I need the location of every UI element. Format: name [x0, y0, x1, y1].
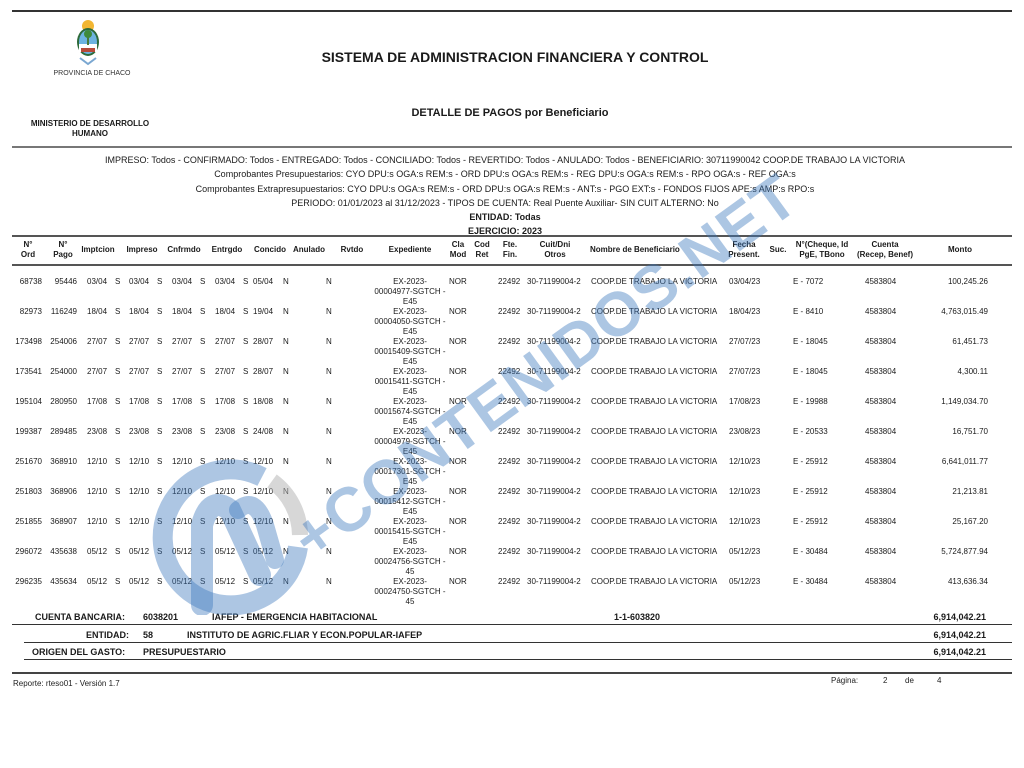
cuenta-bancaria-description: IAFEP - EMERGENCIA HABITACIONAL: [212, 612, 377, 622]
cell-monto: 21,213.81: [920, 487, 988, 497]
cell-cnfrmdo: 12/10: [172, 457, 196, 467]
cell-expediente: EX-2023-00017301-SGTCH -E45: [365, 457, 455, 487]
cell-impreso: 12/10: [129, 487, 153, 497]
cell-rvtdo: N: [326, 427, 334, 437]
cell-fte: 22492: [498, 337, 522, 347]
cell-imp-f: S: [115, 517, 123, 527]
cell-concido: 05/04: [253, 277, 277, 287]
cell-impreso: 27/07: [129, 367, 153, 377]
cell-imptcion: 03/04: [87, 277, 111, 287]
cell-anulado: N: [283, 427, 291, 437]
expediente-line: 45: [365, 597, 455, 607]
cell-cla: NOR: [449, 457, 471, 467]
cell-nombre: COOP.DE TRABAJO LA VICTORIA: [591, 457, 726, 467]
cell-rvtdo: N: [326, 517, 334, 527]
expediente-line: E45: [365, 537, 455, 547]
cell-con-f: S: [243, 487, 251, 497]
cell-nombre: COOP.DE TRABAJO LA VICTORIA: [591, 487, 726, 497]
header-rule: [12, 146, 1012, 148]
expediente-line: E45: [365, 477, 455, 487]
column-header-concido: Concido: [250, 245, 290, 255]
expediente-line: EX-2023-: [365, 307, 455, 317]
cell-fecha: 12/10/23: [729, 487, 765, 497]
cell-pago: 280950: [44, 397, 77, 407]
cell-cla: NOR: [449, 307, 471, 317]
cell-imptcion: 27/07: [87, 367, 111, 377]
cell-expediente: EX-2023-00015409-SGTCH -E45: [365, 337, 455, 367]
cell-ord: 173541: [12, 367, 42, 377]
origen-gasto-total: 6,914,042.21: [933, 647, 986, 657]
cell-fte: 22492: [498, 367, 522, 377]
cell-rvtdo: N: [326, 577, 334, 587]
cell-fecha: 05/12/23: [729, 577, 765, 587]
table-row: 17349825400627/07S27/07S27/07S27/07S28/0…: [0, 337, 1024, 367]
entidad-total: 6,914,042.21: [933, 630, 986, 640]
cell-cuit: 30-71199004-2: [527, 577, 587, 587]
cell-nombre: COOP.DE TRABAJO LA VICTORIA: [591, 577, 726, 587]
cell-monto: 61,451.73: [920, 337, 988, 347]
cell-rvtdo: N: [326, 337, 334, 347]
cell-ent-f: S: [200, 307, 208, 317]
expediente-line: 00015409-SGTCH -: [365, 347, 455, 357]
cell-ent-f: S: [200, 457, 208, 467]
cell-expediente: EX-2023-00004977-SGTCH -E45: [365, 277, 455, 307]
cell-cuit: 30-71199004-2: [527, 397, 587, 407]
expediente-line: EX-2023-: [365, 397, 455, 407]
cell-ent-f: S: [200, 427, 208, 437]
table-row: 687389544603/04S03/04S03/04S03/04S05/04N…: [0, 277, 1024, 307]
cell-cheque: E - 8410: [793, 307, 843, 317]
cell-imp-f: S: [115, 577, 123, 587]
cell-cnfrmdo: 05/12: [172, 547, 196, 557]
cell-entrgdo: 05/12: [215, 577, 239, 587]
cell-ent-f: S: [200, 487, 208, 497]
entidad-rule: [24, 642, 1012, 643]
cell-impreso: 18/04: [129, 307, 153, 317]
ministry-line-1: MINISTERIO DE DESARROLLO: [20, 119, 160, 129]
filter-line-extrapresupuestarios: Comprobantes Extrapresupuestarios: CYO D…: [0, 182, 1010, 196]
cell-impreso: 05/12: [129, 577, 153, 587]
cell-fecha: 27/07/23: [729, 337, 765, 347]
cell-fecha: 18/04/23: [729, 307, 765, 317]
cell-entrgdo: 05/12: [215, 547, 239, 557]
cuenta-rule: [12, 624, 1012, 625]
cell-concido: 05/12: [253, 547, 277, 557]
cell-cuenta: 4583804: [865, 367, 905, 377]
cell-fecha: 05/12/23: [729, 547, 765, 557]
table-row: 8297311624918/04S18/04S18/04S18/04S19/04…: [0, 307, 1024, 337]
cell-fte: 22492: [498, 277, 522, 287]
cell-cla: NOR: [449, 547, 471, 557]
cell-imp-f: S: [115, 397, 123, 407]
column-header-cuenta: Cuenta(Recep, Benef): [855, 240, 915, 259]
cell-cheque: E - 7072: [793, 277, 843, 287]
expediente-line: E45: [365, 357, 455, 367]
cell-cnfrmdo: 27/07: [172, 337, 196, 347]
column-header-fecha: FechaPresent.: [726, 240, 762, 259]
cell-ord: 296072: [12, 547, 42, 557]
cell-cnfrmdo: 12/10: [172, 517, 196, 527]
cell-ord: 251803: [12, 487, 42, 497]
cell-nombre: COOP.DE TRABAJO LA VICTORIA: [591, 307, 726, 317]
cell-impreso: 27/07: [129, 337, 153, 347]
cell-cnf-f: S: [157, 577, 165, 587]
cell-fecha: 23/08/23: [729, 427, 765, 437]
cell-cnfrmdo: 23/08: [172, 427, 196, 437]
column-header-nro-ord: N°Ord: [12, 240, 44, 259]
cell-fte: 22492: [498, 307, 522, 317]
cell-ent-f: S: [200, 337, 208, 347]
cell-entrgdo: 27/07: [215, 367, 239, 377]
cell-cnf-f: S: [157, 487, 165, 497]
expediente-line: 00004979-SGTCH -: [365, 437, 455, 447]
expediente-line: 00024750-SGTCH -: [365, 587, 455, 597]
cell-con-f: S: [243, 397, 251, 407]
cell-monto: 413,636.34: [920, 577, 988, 587]
cell-cuenta: 4583804: [865, 307, 905, 317]
cell-fte: 22492: [498, 487, 522, 497]
cell-ord: 68738: [12, 277, 42, 287]
cell-pago: 289485: [44, 427, 77, 437]
origen-rule: [24, 659, 1012, 660]
cell-monto: 4,300.11: [920, 367, 988, 377]
column-header-cheque: N°(Cheque, IdPgE, TBono: [791, 240, 853, 259]
cell-anulado: N: [283, 547, 291, 557]
cell-pago: 116249: [44, 307, 77, 317]
cell-imp-f: S: [115, 457, 123, 467]
expediente-line: EX-2023-: [365, 457, 455, 467]
cell-concido: 28/07: [253, 367, 277, 377]
cell-pago: 368906: [44, 487, 77, 497]
cell-anulado: N: [283, 277, 291, 287]
cell-fecha: 03/04/23: [729, 277, 765, 287]
expediente-line: E45: [365, 417, 455, 427]
column-header-nombre: Nombre de Beneficiario: [590, 245, 690, 255]
cell-con-f: S: [243, 277, 251, 287]
expediente-line: 00004977-SGTCH -: [365, 287, 455, 297]
cell-cnfrmdo: 03/04: [172, 277, 196, 287]
cell-cnfrmdo: 17/08: [172, 397, 196, 407]
column-header-entrgdo: Entrgdo: [207, 245, 247, 255]
filter-entidad: ENTIDAD: Todas: [0, 210, 1010, 224]
cell-cla: NOR: [449, 577, 471, 587]
table-row: 19938728948523/08S23/08S23/08S23/08S24/0…: [0, 427, 1024, 457]
entidad-number: 58: [143, 630, 153, 640]
cell-con-f: S: [243, 427, 251, 437]
cell-cheque: E - 25912: [793, 517, 843, 527]
cell-imptcion: 17/08: [87, 397, 111, 407]
cell-impreso: 17/08: [129, 397, 153, 407]
cell-pago: 254006: [44, 337, 77, 347]
column-header-fte-fin: Fte.Fin.: [500, 240, 520, 259]
cell-pago: 254000: [44, 367, 77, 377]
cell-ord: 173498: [12, 337, 42, 347]
cell-cuit: 30-71199004-2: [527, 307, 587, 317]
cell-expediente: EX-2023-00004050-SGTCH -E45: [365, 307, 455, 337]
cell-anulado: N: [283, 577, 291, 587]
cell-fte: 22492: [498, 457, 522, 467]
cell-cheque: E - 25912: [793, 487, 843, 497]
cell-monto: 25,167.20: [920, 517, 988, 527]
column-header-monto: Monto: [930, 245, 990, 255]
cell-cheque: E - 30484: [793, 547, 843, 557]
cell-con-f: S: [243, 577, 251, 587]
cell-concido: 12/10: [253, 517, 277, 527]
expediente-line: E45: [365, 327, 455, 337]
column-header-cuit: Cuit/DniOtros: [535, 240, 575, 259]
top-rule: [12, 10, 1012, 12]
cell-entrgdo: 18/04: [215, 307, 239, 317]
cell-concido: 28/07: [253, 337, 277, 347]
expediente-line: E45: [365, 387, 455, 397]
cell-pago: 368907: [44, 517, 77, 527]
cell-ord: 195104: [12, 397, 42, 407]
cell-ent-f: S: [200, 277, 208, 287]
cell-cheque: E - 25912: [793, 457, 843, 467]
cell-rvtdo: N: [326, 547, 334, 557]
cell-anulado: N: [283, 487, 291, 497]
cell-ent-f: S: [200, 517, 208, 527]
cell-cla: NOR: [449, 517, 471, 527]
cell-entrgdo: 12/10: [215, 487, 239, 497]
cell-cuit: 30-71199004-2: [527, 487, 587, 497]
cell-concido: 12/10: [253, 457, 277, 467]
filter-line-presupuestarios: Comprobantes Presupuestarios: CYO DPU:s …: [0, 167, 1010, 181]
cell-con-f: S: [243, 337, 251, 347]
cell-fte: 22492: [498, 397, 522, 407]
cell-cuenta: 4583804: [865, 397, 905, 407]
cell-expediente: EX-2023-00015674-SGTCH -E45: [365, 397, 455, 427]
table-row: 25167036891012/10S12/10S12/10S12/10S12/1…: [0, 457, 1024, 487]
expediente-line: EX-2023-: [365, 487, 455, 497]
cell-expediente: EX-2023-00015411-SGTCH -E45: [365, 367, 455, 397]
cell-cuenta: 4583804: [865, 457, 905, 467]
coat-of-arms-logo: [70, 18, 106, 68]
cell-fecha: 12/10/23: [729, 457, 765, 467]
column-header-imptcion: Imptcion: [78, 245, 118, 255]
cell-cuit: 30-71199004-2: [527, 367, 587, 377]
cell-expediente: EX-2023-00015412-SGTCH -E45: [365, 487, 455, 517]
cell-pago: 368910: [44, 457, 77, 467]
column-header-cnfrmdo: Cnfrmdo: [164, 245, 204, 255]
expediente-line: 00015411-SGTCH -: [365, 377, 455, 387]
cell-monto: 6,641,011.77: [920, 457, 988, 467]
cell-anulado: N: [283, 337, 291, 347]
cell-nombre: COOP.DE TRABAJO LA VICTORIA: [591, 337, 726, 347]
expediente-line: EX-2023-: [365, 517, 455, 527]
cell-cnf-f: S: [157, 307, 165, 317]
page-total: 4: [937, 676, 941, 685]
cell-cuenta: 4583804: [865, 487, 905, 497]
cell-con-f: S: [243, 547, 251, 557]
cell-imptcion: 12/10: [87, 517, 111, 527]
expediente-line: EX-2023-: [365, 427, 455, 437]
expediente-line: EX-2023-: [365, 577, 455, 587]
cell-ent-f: S: [200, 367, 208, 377]
cell-imptcion: 05/12: [87, 577, 111, 587]
cell-nombre: COOP.DE TRABAJO LA VICTORIA: [591, 547, 726, 557]
column-header-nro-pago: N°Pago: [48, 240, 78, 259]
expediente-line: EX-2023-: [365, 277, 455, 287]
cell-entrgdo: 23/08: [215, 427, 239, 437]
page-label: Página:: [831, 676, 858, 685]
report-filters: IMPRESO: Todos - CONFIRMADO: Todos - ENT…: [0, 153, 1010, 239]
cell-imp-f: S: [115, 307, 123, 317]
column-header-impreso: Impreso: [122, 245, 162, 255]
cell-monto: 4,763,015.49: [920, 307, 988, 317]
cell-cnfrmdo: 12/10: [172, 487, 196, 497]
report-version: Reporte: rteso01 - Versión 1.7: [13, 679, 120, 688]
table-row: 29623543563405/12S05/12S05/12S05/12S05/1…: [0, 577, 1024, 607]
cell-fte: 22492: [498, 547, 522, 557]
expediente-line: 00024756-SGTCH -: [365, 557, 455, 567]
filter-line-periodo: PERIODO: 01/01/2023 al 31/12/2023 - TIPO…: [0, 196, 1010, 210]
cell-rvtdo: N: [326, 277, 334, 287]
cell-cla: NOR: [449, 277, 471, 287]
cell-con-f: S: [243, 367, 251, 377]
filter-line-status: IMPRESO: Todos - CONFIRMADO: Todos - ENT…: [0, 153, 1010, 167]
cell-entrgdo: 12/10: [215, 517, 239, 527]
cell-imp-f: S: [115, 427, 123, 437]
table-row: 19510428095017/08S17/08S17/08S17/08S18/0…: [0, 397, 1024, 427]
cell-anulado: N: [283, 457, 291, 467]
cell-concido: 05/12: [253, 577, 277, 587]
cell-ent-f: S: [200, 397, 208, 407]
cell-imptcion: 27/07: [87, 337, 111, 347]
cell-cnf-f: S: [157, 397, 165, 407]
cell-anulado: N: [283, 517, 291, 527]
cell-imp-f: S: [115, 487, 123, 497]
cell-entrgdo: 03/04: [215, 277, 239, 287]
cell-cuenta: 4583804: [865, 547, 905, 557]
cell-cla: NOR: [449, 367, 471, 377]
cell-ord: 251855: [12, 517, 42, 527]
cell-impreso: 23/08: [129, 427, 153, 437]
cell-fte: 22492: [498, 517, 522, 527]
cell-cuenta: 4583804: [865, 277, 905, 287]
cell-rvtdo: N: [326, 307, 334, 317]
cell-rvtdo: N: [326, 457, 334, 467]
cell-cnf-f: S: [157, 517, 165, 527]
expediente-line: EX-2023-: [365, 547, 455, 557]
footer-rule: [12, 672, 1012, 674]
cell-imptcion: 05/12: [87, 547, 111, 557]
cell-cuenta: 4583804: [865, 577, 905, 587]
cell-imptcion: 23/08: [87, 427, 111, 437]
ministry-name: MINISTERIO DE DESARROLLO HUMANO: [20, 119, 160, 139]
entidad-label: ENTIDAD:: [86, 630, 129, 640]
cuenta-bancaria-number: 6038201: [143, 612, 178, 622]
cell-ord: 199387: [12, 427, 42, 437]
expediente-line: EX-2023-: [365, 337, 455, 347]
cell-imptcion: 12/10: [87, 457, 111, 467]
column-header-cod-ret: CodRet: [471, 240, 493, 259]
cell-cuit: 30-71199004-2: [527, 277, 587, 287]
cuenta-bancaria-label: CUENTA BANCARIA:: [35, 612, 125, 622]
table-header-bottom-rule: [12, 264, 1012, 266]
cell-ord: 82973: [12, 307, 42, 317]
cell-imp-f: S: [115, 337, 123, 347]
cell-expediente: EX-2023-00024756-SGTCH -45: [365, 547, 455, 577]
expediente-line: 00015412-SGTCH -: [365, 497, 455, 507]
cell-cnf-f: S: [157, 457, 165, 467]
column-header-anulado: Anulado: [290, 245, 328, 255]
cell-nombre: COOP.DE TRABAJO LA VICTORIA: [591, 367, 726, 377]
cell-ord: 251670: [12, 457, 42, 467]
column-header-rvtdo: Rvtdo: [335, 245, 369, 255]
expediente-line: 00015415-SGTCH -: [365, 527, 455, 537]
cell-impreso: 05/12: [129, 547, 153, 557]
province-name: PROVINCIA DE CHACO: [30, 70, 154, 77]
cell-cheque: E - 18045: [793, 337, 843, 347]
cell-cnf-f: S: [157, 547, 165, 557]
expediente-line: 00017301-SGTCH -: [365, 467, 455, 477]
cell-cnfrmdo: 27/07: [172, 367, 196, 377]
cell-anulado: N: [283, 307, 291, 317]
cell-nombre: COOP.DE TRABAJO LA VICTORIA: [591, 397, 726, 407]
cell-impreso: 03/04: [129, 277, 153, 287]
cell-cuit: 30-71199004-2: [527, 517, 587, 527]
cell-cheque: E - 30484: [793, 577, 843, 587]
cell-expediente: EX-2023-00004979-SGTCH -E45: [365, 427, 455, 457]
cell-anulado: N: [283, 367, 291, 377]
cell-ent-f: S: [200, 577, 208, 587]
cell-cheque: E - 18045: [793, 367, 843, 377]
cell-imp-f: S: [115, 277, 123, 287]
cell-cuenta: 4583804: [865, 337, 905, 347]
page-current: 2: [883, 676, 887, 685]
ministry-line-2: HUMANO: [20, 129, 160, 139]
cell-cnf-f: S: [157, 427, 165, 437]
cell-concido: 19/04: [253, 307, 277, 317]
cell-cuenta: 4583804: [865, 517, 905, 527]
cell-ent-f: S: [200, 547, 208, 557]
expediente-line: E45: [365, 447, 455, 457]
cell-cheque: E - 20533: [793, 427, 843, 437]
cell-fte: 22492: [498, 577, 522, 587]
cell-nombre: COOP.DE TRABAJO LA VICTORIA: [591, 427, 726, 437]
cell-concido: 12/10: [253, 487, 277, 497]
column-header-suc: Suc.: [767, 245, 789, 255]
cell-cla: NOR: [449, 427, 471, 437]
cell-expediente: EX-2023-00015415-SGTCH -E45: [365, 517, 455, 547]
cell-pago: 435638: [44, 547, 77, 557]
expediente-line: E45: [365, 297, 455, 307]
cell-con-f: S: [243, 307, 251, 317]
report-title: DETALLE DE PAGOS por Beneficiario: [340, 107, 680, 119]
cell-cla: NOR: [449, 337, 471, 347]
cell-entrgdo: 12/10: [215, 457, 239, 467]
cell-entrgdo: 17/08: [215, 397, 239, 407]
cell-cuit: 30-71199004-2: [527, 547, 587, 557]
cell-entrgdo: 27/07: [215, 337, 239, 347]
cell-fecha: 12/10/23: [729, 517, 765, 527]
cell-nombre: COOP.DE TRABAJO LA VICTORIA: [591, 517, 726, 527]
cell-imptcion: 18/04: [87, 307, 111, 317]
cell-rvtdo: N: [326, 487, 334, 497]
cell-monto: 16,751.70: [920, 427, 988, 437]
cell-rvtdo: N: [326, 397, 334, 407]
cell-cnfrmdo: 18/04: [172, 307, 196, 317]
cell-impreso: 12/10: [129, 517, 153, 527]
expediente-line: 00015674-SGTCH -: [365, 407, 455, 417]
column-header-expediente: Expediente: [382, 245, 438, 255]
origen-gasto-label: ORIGEN DEL GASTO:: [32, 647, 125, 657]
cell-con-f: S: [243, 457, 251, 467]
cell-cnf-f: S: [157, 277, 165, 287]
cell-cnf-f: S: [157, 337, 165, 347]
cell-cheque: E - 19988: [793, 397, 843, 407]
